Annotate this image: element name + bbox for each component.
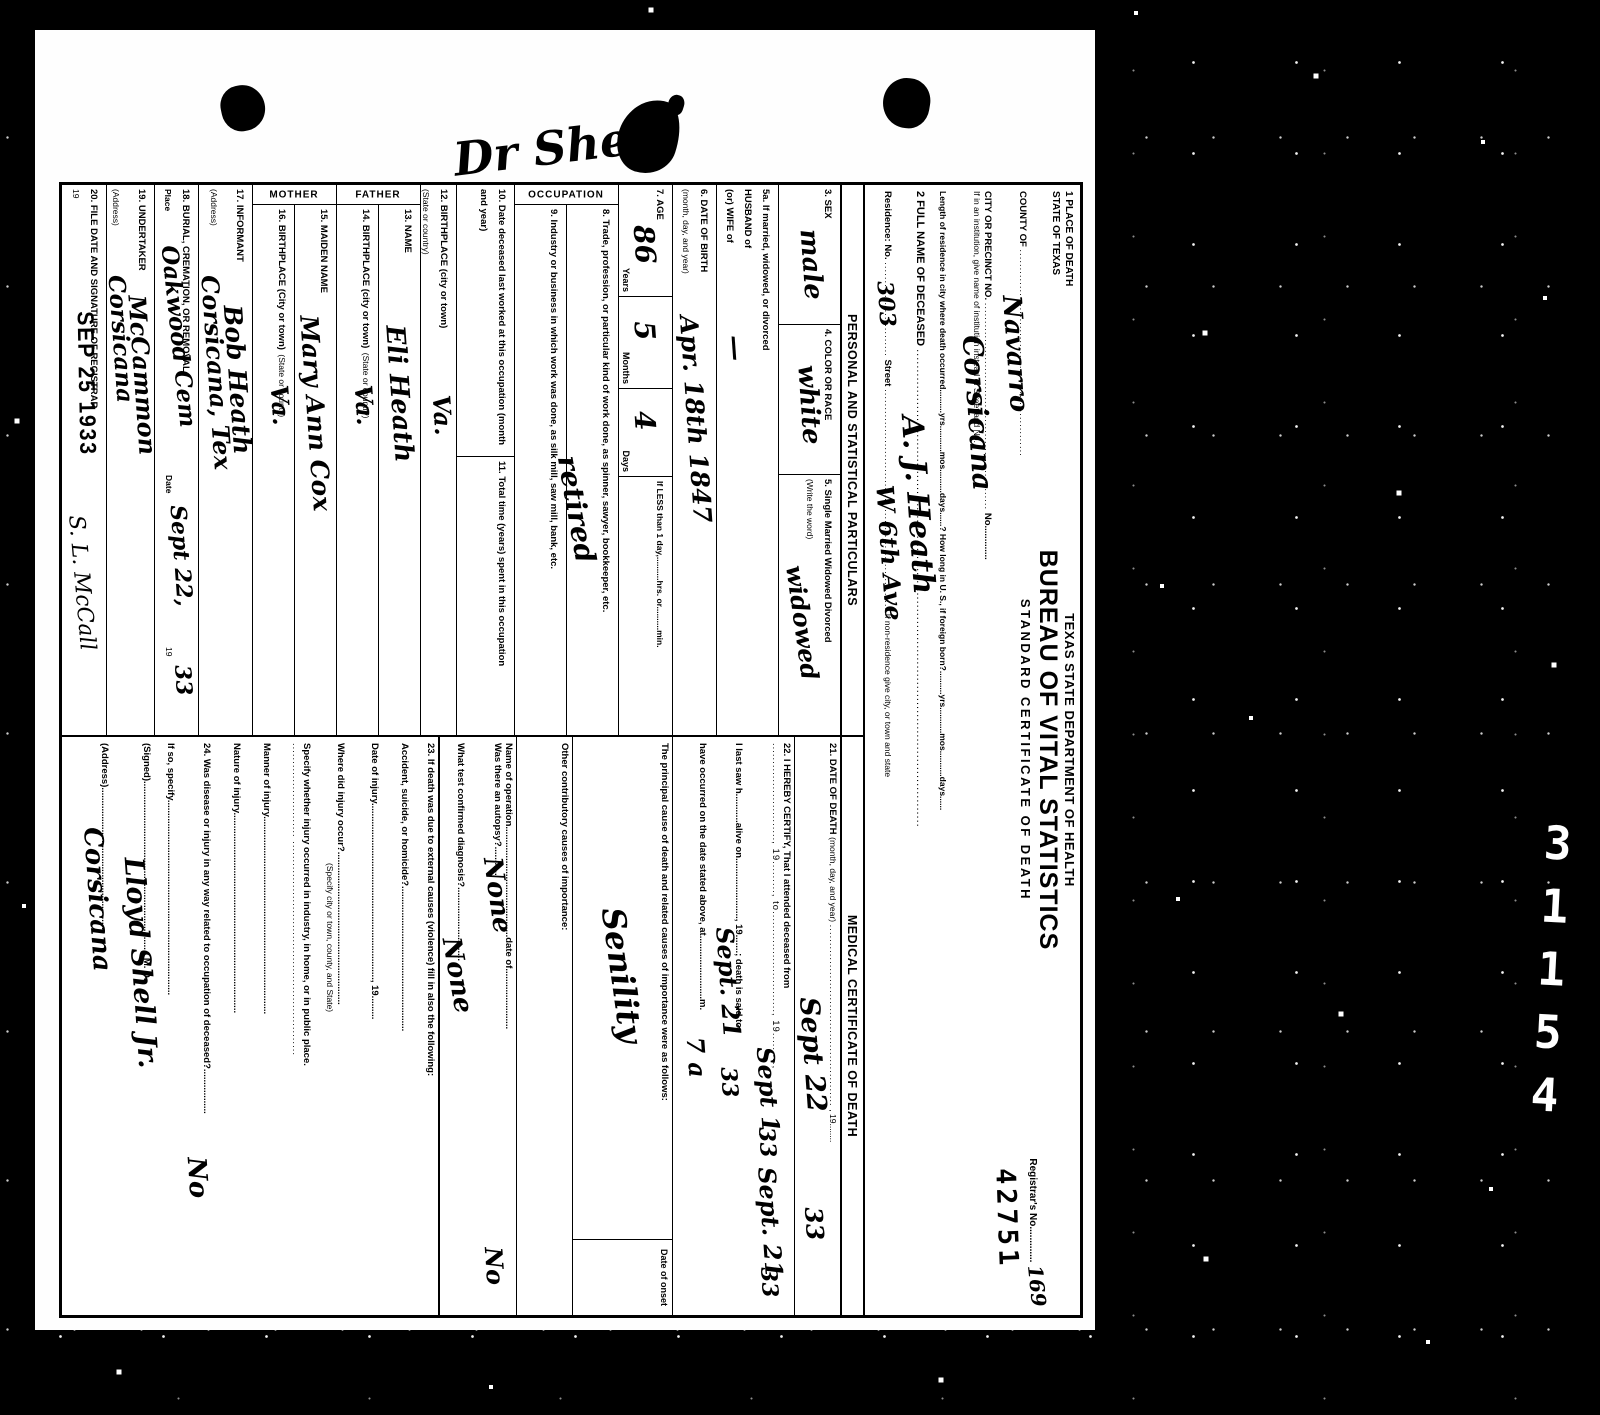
- father-name-value: Eli Heath: [381, 324, 417, 463]
- full-name-label: 2 FULL NAME OF DECEASED: [914, 191, 926, 346]
- undertaker-label: 19. UNDERTAKER: [136, 189, 147, 271]
- personal-column-header: PERSONAL AND STATISTICAL PARTICULARS: [842, 185, 863, 737]
- days-label: Days: [621, 450, 631, 472]
- medical-column: 21. DATE OF DEATH (month, day, and year)…: [61, 737, 840, 1315]
- physician-address-row: (Address)...............................…: [61, 737, 112, 1315]
- burial-place-value: Oakwood Cem: [158, 244, 200, 428]
- occupation-side-label: OCCUPATION: [515, 185, 618, 205]
- mother-name-value: Mary Ann Cox: [296, 314, 335, 511]
- mother-side-label: MOTHER: [253, 185, 336, 205]
- occurred-label: have occurred on the date stated above, …: [697, 743, 708, 1010]
- undertaker-address-label: (Address): [111, 189, 121, 226]
- registrar-signature: S. L. McCall: [64, 514, 98, 651]
- injury-where-label: Where did injury occur?.................…: [335, 743, 346, 1005]
- principal-cause-label: The principal cause of death and related…: [659, 743, 670, 1223]
- residence-number-value: 303: [873, 280, 898, 327]
- residence-label: Residence: No.: [882, 191, 893, 260]
- medical-column-header: MEDICAL CERTIFICATE OF DEATH: [842, 737, 863, 1315]
- film-frame-number: 31154: [1516, 815, 1586, 1132]
- external-causes-label: 23. If death was due to external causes …: [425, 743, 436, 1076]
- last-worked-row: 10. Date deceased last worked at this oc…: [456, 185, 514, 735]
- related-occupation-value: No: [183, 1156, 212, 1199]
- rotated-form-wrapper: 1 PLACE OF DEATH STATE OF TEXAS TEXAS ST…: [35, 30, 1095, 1330]
- registrar-number-line: Registrar's No............. 169: [1027, 1158, 1047, 1307]
- total-time-cell: 11. Total time (years) spent in this occ…: [457, 457, 514, 735]
- informant-label: 17. INFORMANT: [234, 189, 245, 262]
- county-label: COUNTY OF: [1017, 191, 1028, 247]
- age-label: 7. AGE: [654, 189, 665, 220]
- age-days-value: 4: [629, 410, 658, 431]
- county-row: COUNTY OF ..............................…: [995, 185, 1030, 1315]
- nature-of-injury-row: Nature of injury........................…: [214, 737, 244, 1315]
- manner-of-injury-row: Manner of injury........................…: [244, 737, 274, 1315]
- injury-date-label: Date of injury..........................…: [369, 743, 380, 1019]
- father-name-cell: 13. NAME Eli Heath: [378, 205, 420, 735]
- certify-label: 22. I HEREBY CERTIFY, That I attended de…: [781, 743, 792, 988]
- undertaker-line: 19. UNDERTAKER McCammon: [128, 185, 154, 735]
- bureau-title: BUREAU OF VITAL STATISTICS: [1033, 185, 1062, 1315]
- file-date-stamp: SEP 25 1933: [74, 311, 100, 456]
- last-worked-label: 10. Date deceased last worked at this oc…: [478, 189, 507, 445]
- spouse-value: —: [721, 334, 749, 362]
- mother-group: MOTHER 15. MAIDEN NAME Mary Ann Cox 16. …: [252, 185, 336, 735]
- burial-year-value: 33: [171, 664, 195, 696]
- certificate-serial-stamp: 42751: [989, 1167, 1024, 1269]
- city-precinct-row: CITY OR PRECINCT NO. ...................…: [950, 185, 995, 1315]
- occupation-side-text: OCCUPATION: [529, 189, 605, 200]
- residence-row: Residence: No. .........................…: [865, 185, 895, 1315]
- last-saw-date-value: Sept. 21: [712, 926, 744, 1038]
- age-years-cell: 7. AGE 86 Years: [619, 185, 672, 297]
- date-of-birth-row: 6. DATE OF BIRTH (month, day, and year) …: [672, 185, 716, 735]
- total-time-label: 11. Total time (years) spent in this occ…: [496, 461, 507, 666]
- mother-cells: 15. MAIDEN NAME Mary Ann Cox 16. BIRTHPL…: [253, 205, 336, 735]
- sex-cell: 3. SEX male: [779, 185, 840, 325]
- hour-of-death-value: 7 a: [683, 1036, 710, 1078]
- husband-of-label: HUSBAND of: [742, 189, 753, 248]
- form-header: 1 PLACE OF DEATH STATE OF TEXAS TEXAS ST…: [1030, 185, 1080, 1315]
- place-of-death-block: 1 PLACE OF DEATH STATE OF TEXAS: [1049, 191, 1075, 286]
- burial-date-value: Sept 22,: [166, 504, 195, 607]
- last-saw-alive-row: I last saw h...........alive on.........…: [710, 737, 746, 1315]
- file-year-preprint: 19: [71, 189, 81, 198]
- file-date-row: 20. FILE DATE AND SIGNATURE OF REGISTRAR…: [61, 185, 106, 735]
- father-side-text: FATHER: [356, 189, 401, 200]
- dod-value: Sept 22: [795, 996, 830, 1113]
- occupation-cells: 8. Trade, profession, or particular kind…: [515, 205, 618, 735]
- date-of-death-row: 21. DATE OF DEATH (month, day, and year)…: [794, 737, 840, 1315]
- dob-note: (month, day, and year): [681, 189, 691, 274]
- test-label: What test confirmed diagnosis?..........…: [455, 743, 466, 961]
- burial-row: 18. BURIAL, CREMATION, OR REMOVAL Place …: [154, 185, 198, 735]
- test-diagnosis-row: What test confirmed diagnosis?..........…: [438, 737, 468, 1315]
- related-occupation-label: 24. Was disease or injury in any way rel…: [201, 743, 212, 1114]
- marital-value: widowed: [782, 564, 822, 681]
- age-less-than-day-cell: If LESS than 1 day,..........hrs. or....…: [619, 477, 672, 735]
- certify-row: 22. I HEREBY CERTIFY, That I attended de…: [746, 737, 794, 1315]
- father-bp-label: 14. BIRTHPLACE (city or town): [360, 209, 371, 348]
- age-days-cell: 4 Days: [619, 389, 672, 477]
- last-saw-year-value: 33: [717, 1066, 741, 1098]
- accident-label: Accident, suicide, or homicide?.........…: [399, 743, 410, 1031]
- mother-bp-label: 16. BIRTHPLACE (City or town): [276, 209, 287, 350]
- external-causes-row: 23. If death was due to external causes …: [412, 737, 438, 1315]
- related-occupation-row: 24. Was disease or injury in any way rel…: [178, 737, 214, 1315]
- years-label: Years: [621, 268, 631, 292]
- date-of-onset-label: Date of onset: [659, 1249, 669, 1306]
- principal-cause-row: The principal cause of death and related…: [572, 737, 672, 1315]
- injury-where-row: Where did injury occur?.................…: [314, 737, 348, 1315]
- attended-from-year: 33: [755, 1126, 779, 1158]
- industry-label: 9. Industry or business in which work wa…: [548, 209, 559, 569]
- trade-label: 8. Trade, profession, or particular kind…: [600, 209, 611, 612]
- dod-year-value: 33: [801, 1206, 827, 1241]
- date-of-onset-box: Date of onset: [573, 1239, 672, 1315]
- certify-dots: ..........................., 19.........…: [770, 743, 781, 1069]
- injury-specify-row: Specify whether injury occurred in indus…: [274, 737, 314, 1315]
- sex-value: male: [796, 228, 827, 300]
- father-name-label: 13. NAME: [402, 209, 413, 253]
- department-title: TEXAS STATE DEPARTMENT OF HEALTH: [1062, 185, 1077, 1315]
- length-of-residence-row: Length of residence in city where death …: [928, 185, 950, 1315]
- dod-note: (month, day, and year): [828, 837, 838, 922]
- marital-label: 5. Single Married Widowed Divorced: [822, 479, 833, 643]
- if-so-specify-label: If so, specify..........................…: [165, 743, 176, 995]
- mother-name-label: 15. MAIDEN NAME: [318, 209, 329, 293]
- nature-of-injury-label: Nature of injury........................…: [231, 743, 242, 1013]
- age-months-value: 5: [629, 320, 658, 341]
- manner-of-injury-label: Manner of injury........................…: [261, 743, 272, 1014]
- county-value: Navarro: [998, 294, 1032, 413]
- mother-birthplace-cell: 16. BIRTHPLACE (City or town) (State or …: [253, 205, 294, 735]
- birthplace-label: 12. BIRTHPLACE (city or town): [438, 189, 449, 328]
- wife-of-label: (or) WIFE of: [724, 189, 735, 243]
- column-headers: PERSONAL AND STATISTICAL PARTICULARS MED…: [840, 185, 865, 1315]
- contributory-causes-row: Other contributory causes of importance:: [516, 737, 572, 1315]
- item1-place-of-death: 1 PLACE OF DEATH: [1062, 191, 1075, 286]
- age-note: If LESS than 1 day,..........hrs. or....…: [655, 481, 665, 648]
- months-label: Months: [621, 352, 631, 384]
- age-months-cell: 5 Months: [619, 297, 672, 389]
- spouse-label: 5a. If married, widowed, or divorced: [760, 189, 771, 351]
- marital-cell: 5. Single Married Widowed Divorced (Writ…: [779, 475, 840, 735]
- informant-address-label: (Address): [209, 189, 219, 226]
- dob-value: Apr. 18th 1847: [676, 314, 715, 523]
- attended-to-value: Sept. 21: [754, 1166, 786, 1278]
- birthplace-note: (State or country): [421, 189, 431, 255]
- dod-label: 21. DATE OF DEATH: [827, 743, 838, 835]
- death-occurred-row: have occurred on the date stated above, …: [672, 737, 710, 1315]
- occupation-group: OCCUPATION 8. Trade, profession, or part…: [514, 185, 618, 735]
- spouse-row: 5a. If married, widowed, or divorced HUS…: [716, 185, 778, 735]
- trade-cell: 8. Trade, profession, or particular kind…: [566, 205, 618, 735]
- age-row: 7. AGE 86 Years 5 Months 4 Days: [618, 185, 672, 735]
- death-certificate-scan: 1 PLACE OF DEATH STATE OF TEXAS TEXAS ST…: [35, 30, 1095, 1330]
- dod-year-preprint: , 19........: [828, 1109, 838, 1142]
- non-residence-note: If non-residence give city, or town and …: [883, 614, 893, 777]
- injury-date-row: Date of injury..........................…: [348, 737, 382, 1315]
- form-body: 3. SEX male 4. COLOR OR RACE white 5. Si…: [61, 185, 840, 1315]
- marital-note: (Write the word): [805, 479, 815, 539]
- injury-specify-dots: .......................... .............…: [290, 743, 301, 1056]
- city-label: CITY OR PRECINCT NO.: [982, 191, 993, 300]
- precinct-no-label: No.............: [982, 513, 993, 560]
- injury-specify-label: Specify whether injury occurred in indus…: [301, 743, 312, 1066]
- father-group: FATHER 13. NAME Eli Heath 14. BIRTHPLACE…: [336, 185, 420, 735]
- color-cell: 4. COLOR OR RACE white: [779, 325, 840, 475]
- mother-name-cell: 15. MAIDEN NAME Mary Ann Cox: [294, 205, 336, 735]
- principal-cause-value: Senility: [597, 905, 648, 1045]
- undertaker-row: 19. UNDERTAKER McCammon (Address) Corsic…: [106, 185, 154, 735]
- burial-date-label: Date: [164, 475, 174, 493]
- father-side-label: FATHER: [337, 185, 420, 205]
- attended-to-year: 33: [757, 1266, 781, 1298]
- autopsy-value: No: [481, 1246, 508, 1286]
- injury-where-note: (Specify city or town, county, and State…: [325, 743, 335, 1012]
- color-value: white: [793, 364, 824, 445]
- state-of-texas: STATE OF TEXAS: [1049, 191, 1062, 286]
- father-birthplace-cell: 14. BIRTHPLACE (city or town) (State or …: [337, 205, 378, 735]
- age-years-value: 86: [629, 224, 660, 265]
- burial-year-preprint: 19: [164, 647, 174, 656]
- film-noise-specks: [0, 0, 2, 2]
- street-label: Street: [882, 360, 893, 387]
- mother-bp-value: Va.: [267, 384, 294, 426]
- informant-address-line: (Address) Corsicana, Tex: [200, 185, 226, 735]
- mother-side-text: MOTHER: [270, 189, 319, 200]
- burial-place-label: Place: [163, 189, 173, 211]
- contributory-label: Other contributory causes of importance:: [559, 743, 570, 930]
- street-value: W 6th Ave: [872, 484, 905, 621]
- signed-row: (Signed)................................…: [112, 737, 154, 1315]
- operation-row: Name of operation.......................…: [468, 737, 516, 1315]
- dob-label: 6. DATE OF BIRTH: [698, 189, 709, 272]
- personal-column: 3. SEX male 4. COLOR OR RACE white 5. Si…: [61, 185, 840, 737]
- last-worked-cell: 10. Date deceased last worked at this oc…: [457, 185, 514, 457]
- length-of-residence-label: Length of residence in city where death …: [938, 191, 948, 810]
- sex-color-marital-row: 3. SEX male 4. COLOR OR RACE white 5. Si…: [778, 185, 840, 735]
- birthplace-value: Va.: [429, 394, 456, 436]
- informant-row: 17. INFORMANT Bob Heath (Address) Corsic…: [198, 185, 252, 735]
- father-cells: 13. NAME Eli Heath 14. BIRTHPLACE (city …: [337, 205, 420, 735]
- accident-row: Accident, suicide, or homicide?.........…: [382, 737, 412, 1315]
- sex-label: 3. SEX: [822, 189, 833, 219]
- father-bp-value: Va.: [351, 384, 378, 426]
- certificate-form: 1 PLACE OF DEATH STATE OF TEXAS TEXAS ST…: [59, 182, 1083, 1318]
- birthplace-row: 12. BIRTHPLACE (city or town) (State or …: [420, 185, 456, 735]
- full-name-row: 2 FULL NAME OF DECEASED ................…: [895, 185, 928, 1315]
